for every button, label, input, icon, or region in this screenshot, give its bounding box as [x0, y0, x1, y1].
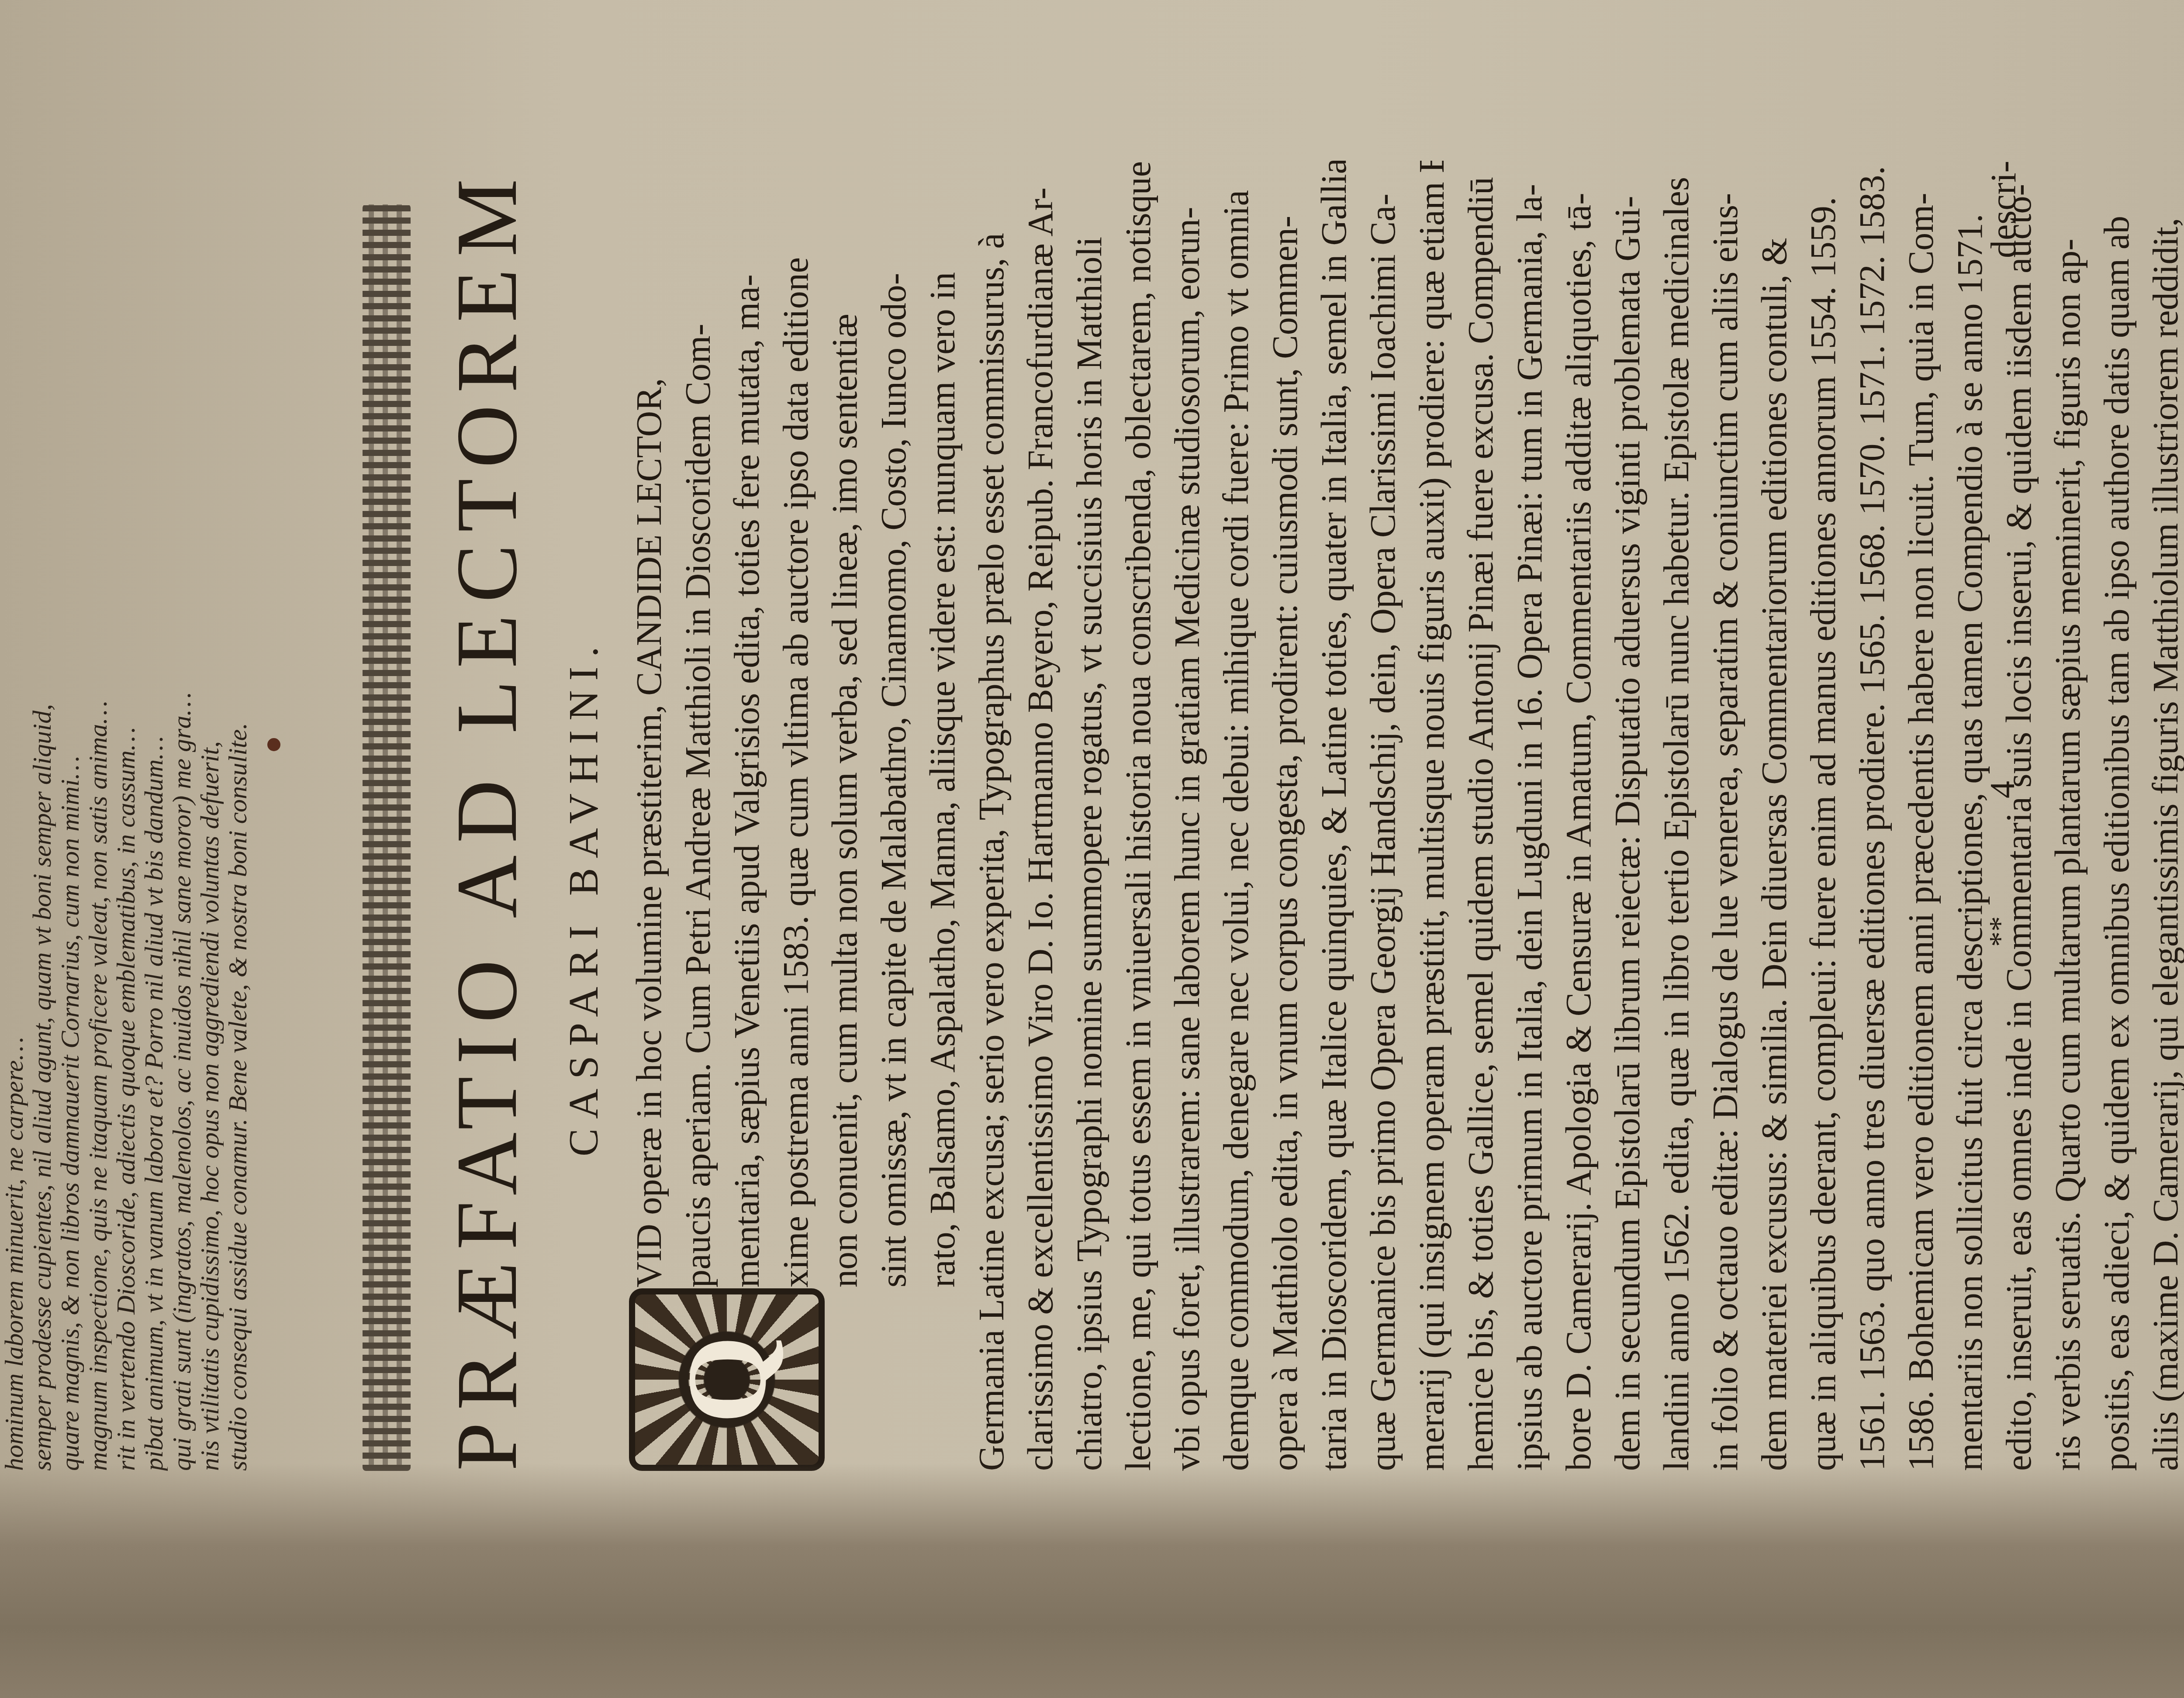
book-gutter-shadow	[0, 1463, 2184, 1698]
body-line: aliis (maxime D. Camerarij, qui eleganti…	[2141, 161, 2184, 1471]
body-line: VID operæ in hoc volumine præstiterim, C…	[625, 161, 674, 1471]
body-line: rato, Balsamo, Aspalatho, Manna, aliisqu…	[918, 161, 967, 1471]
body-line: clarissimo & excellentissimo Viro D. Io.…	[1016, 161, 1065, 1471]
body-line: sint omissæ, vt in capite de Malabathro,…	[869, 161, 918, 1471]
prev-line: nis vtilitatis cupidissimo, hoc opus non…	[196, 161, 224, 1471]
rotated-book-page: hominum laborem minuerit, ne carpere… se…	[0, 0, 2184, 1698]
prev-line: hominum laborem minuerit, ne carpere…	[0, 161, 28, 1471]
prev-line: rit in vertendo Dioscoride, adiectis quo…	[112, 161, 140, 1471]
page-title: PRÆFATIO AD LECTOREM	[437, 167, 537, 1471]
body-line: dem materiei excusus: & similia. Dein di…	[1750, 161, 1799, 1471]
catchword: descri-	[1983, 161, 2024, 258]
body-line: mentaria, sæpius Venetiis apud Valgrisio…	[722, 161, 771, 1471]
body-line: taria in Dioscoridem, quæ Italice quinqu…	[1310, 161, 1358, 1471]
ink-spot	[267, 738, 280, 751]
prev-line: semper prodesse cupientes, nil aliud agu…	[28, 161, 56, 1471]
body-line: 1586. Bohemicam vero editionem anni præc…	[1897, 161, 1946, 1471]
body-line: xime postrema anni 1583. quæ cum vltima …	[771, 161, 820, 1471]
body-line: hemice bis, & toties Gallice, semel quid…	[1456, 161, 1505, 1471]
prev-line: magnum inspectione, quis ne itaquam prof…	[84, 161, 112, 1471]
body-line: 1561. 1563. quo anno tres diuersæ editio…	[1848, 161, 1897, 1471]
body-line: lectione, me, qui totus essem in vniuers…	[1114, 161, 1163, 1471]
body-line: quæ in aliquibus deerant, compleui: fuer…	[1799, 161, 1848, 1471]
body-line: in folio & octauo editæ: Dialogus de lue…	[1701, 161, 1750, 1471]
body-line: chiatro, ipsius Typographi nomine summop…	[1065, 161, 1114, 1471]
body-line: vbi opus foret, illustrarem: sane labore…	[1163, 161, 1212, 1471]
signature-number: 4	[1983, 781, 2023, 798]
prev-line: qui grati sunt (ingratos, malenolos, ac …	[168, 161, 196, 1471]
body-line: ipsius ab auctore primum in Italia, dein…	[1505, 161, 1554, 1471]
prev-line: studio consequi assidue conamur. Bene va…	[224, 161, 252, 1471]
body-line: demque commodum, denegare nec volui, nec…	[1212, 161, 1261, 1471]
body-line: quæ Germanice bis primo Opera Georgij Ha…	[1358, 161, 1407, 1471]
page-footer: ** 4 descri-	[1974, 161, 2062, 1471]
body-line: non conuenit, cum multa non solum verba,…	[820, 161, 869, 1471]
body-line: merarij (qui insignem operam præstitit, …	[1407, 161, 1456, 1471]
body-line: landini anno 1562. edita, quæ in libro t…	[1652, 161, 1701, 1471]
body-line: positis, eas adieci, & quidem ex omnibus…	[2092, 161, 2141, 1471]
prev-line: pibat animum, vt in vanum labora et? Por…	[140, 161, 168, 1471]
body-line: opera à Matthiolo edita, in vnum corpus …	[1261, 161, 1310, 1471]
body-line: Germania Latine excusa; serio vero exper…	[967, 161, 1016, 1471]
previous-page-text: hominum laborem minuerit, ne carpere… se…	[0, 161, 306, 1471]
decorative-ornament-band	[363, 204, 411, 1471]
prev-line: quare magnis, & non libros damnauerit Co…	[56, 161, 84, 1471]
body-text: VID operæ in hoc volumine præstiterim, C…	[625, 161, 2184, 1471]
body-line: bore D. Camerarij. Apologia & Censuræ in…	[1554, 161, 1603, 1471]
signature-marks: **	[1983, 916, 2018, 947]
body-line: paucis aperiam. Cum Petri Andreæ Matthio…	[674, 161, 722, 1471]
body-line: dem in secundum Epistolarū librum reiect…	[1603, 161, 1652, 1471]
author-subtitle: CASPARI BAVHINI.	[559, 637, 608, 1156]
